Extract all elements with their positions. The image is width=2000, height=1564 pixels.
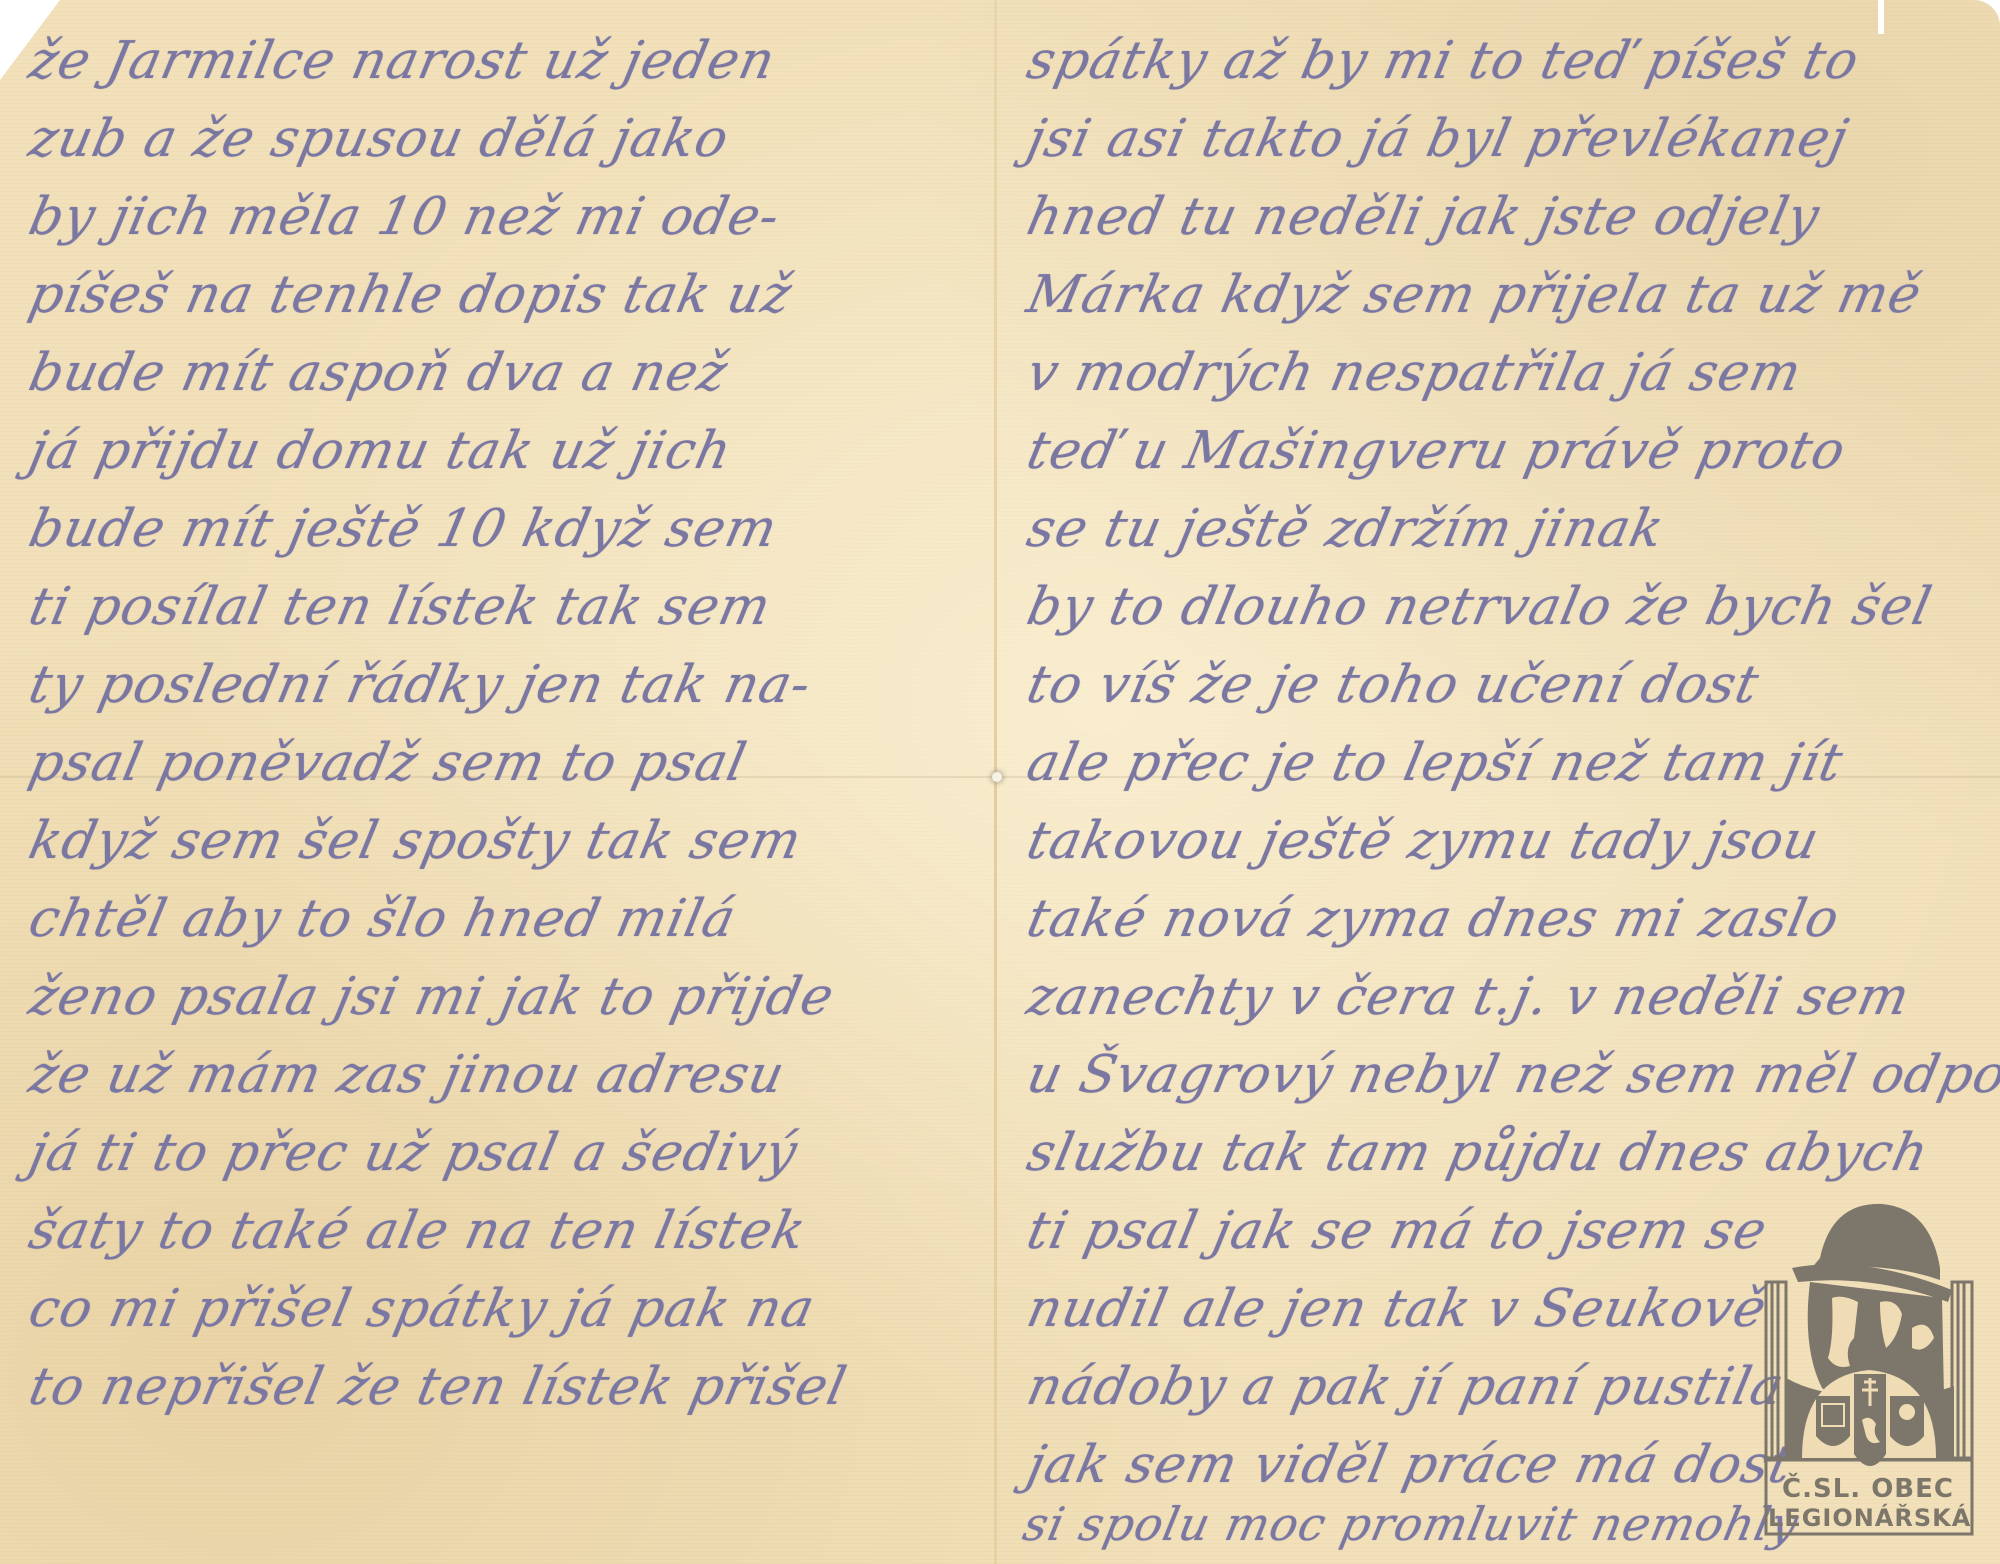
logo-text-line2: LEGIONÁŘSKÁ xyxy=(1768,1504,1968,1532)
handwritten-line: hned tu neděli jak jste odjely xyxy=(1020,178,1997,256)
handwritten-line: že už mám zas jinou adresu xyxy=(22,1036,999,1114)
handwritten-line: v modrých nespatřila já sem xyxy=(1020,334,1997,412)
handwritten-line: chtěl aby to šlo hned milá xyxy=(22,880,999,958)
letter-sheet: že Jarmilce narost už jeden zub a že spu… xyxy=(0,0,2000,1564)
handwritten-line: že Jarmilce narost už jeden xyxy=(22,22,999,100)
handwritten-line: by to dlouho netrvalo že bych šel xyxy=(1020,568,1997,646)
logo-text-line1: Č.SL. OBEC xyxy=(1768,1474,1968,1504)
handwritten-line: co mi přišel spátky já pak na xyxy=(22,1270,999,1348)
handwritten-line: ženo psala jsi mi jak to přijde xyxy=(22,958,999,1036)
fold-hole xyxy=(992,772,1002,782)
handwritten-line: jsi asi takto já byl převlékanej xyxy=(1020,100,1997,178)
handwritten-line: bude mít aspoň dva a než xyxy=(22,334,999,412)
handwritten-line: šaty to také ale na ten lístek xyxy=(22,1192,999,1270)
handwritten-line: spátky až by mi to teď píšeš to xyxy=(1020,22,1997,100)
vertical-fold xyxy=(994,0,997,1564)
handwritten-line: píšeš na tenhle dopis tak už xyxy=(22,256,999,334)
handwritten-line: službu tak tam půjdu dnes abych xyxy=(1020,1114,1997,1192)
handwritten-line: takovou ještě zymu tady jsou xyxy=(1020,802,1997,880)
handwritten-line: bude mít ještě 10 když sem xyxy=(22,490,999,568)
handwritten-line: teď u Mašingveru právě proto xyxy=(1020,412,1997,490)
legion-logo: Č.SL. OBEC LEGIONÁŘSKÁ xyxy=(1762,1198,1976,1538)
handwritten-line: by jich měla 10 než mi ode- xyxy=(22,178,999,256)
handwritten-line: když sem šel spošty tak sem xyxy=(22,802,999,880)
handwritten-line: ale přec je to lepší než tam jít xyxy=(1020,724,1997,802)
handwritten-line: se tu ještě zdržím jinak xyxy=(1020,490,1997,568)
handwritten-line: já ti to přec už psal a šedivý xyxy=(22,1114,999,1192)
handwritten-line: já přijdu domu tak už jich xyxy=(22,412,999,490)
handwritten-line: ty poslední řádky jen tak na- xyxy=(22,646,999,724)
handwritten-line: ti posílal ten lístek tak sem xyxy=(22,568,999,646)
handwritten-line: psal poněvadž sem to psal xyxy=(22,724,999,802)
handwritten-line: to víš že je toho učení dost xyxy=(1020,646,1997,724)
handwritten-line: to nepřišel že ten lístek přišel xyxy=(22,1348,999,1426)
left-column: že Jarmilce narost už jeden zub a že spu… xyxy=(22,22,982,1426)
handwritten-line: u Švagrový nebyl než sem měl odpole- xyxy=(1020,1036,1997,1114)
handwritten-line: Márka když sem přijela ta už mě xyxy=(1020,256,1997,334)
handwritten-line: zanechty v čera t.j. v neděli sem xyxy=(1020,958,1997,1036)
handwritten-line: zub a že spusou dělá jako xyxy=(22,100,999,178)
handwritten-line: také nová zyma dnes mi zaslo xyxy=(1020,880,1997,958)
